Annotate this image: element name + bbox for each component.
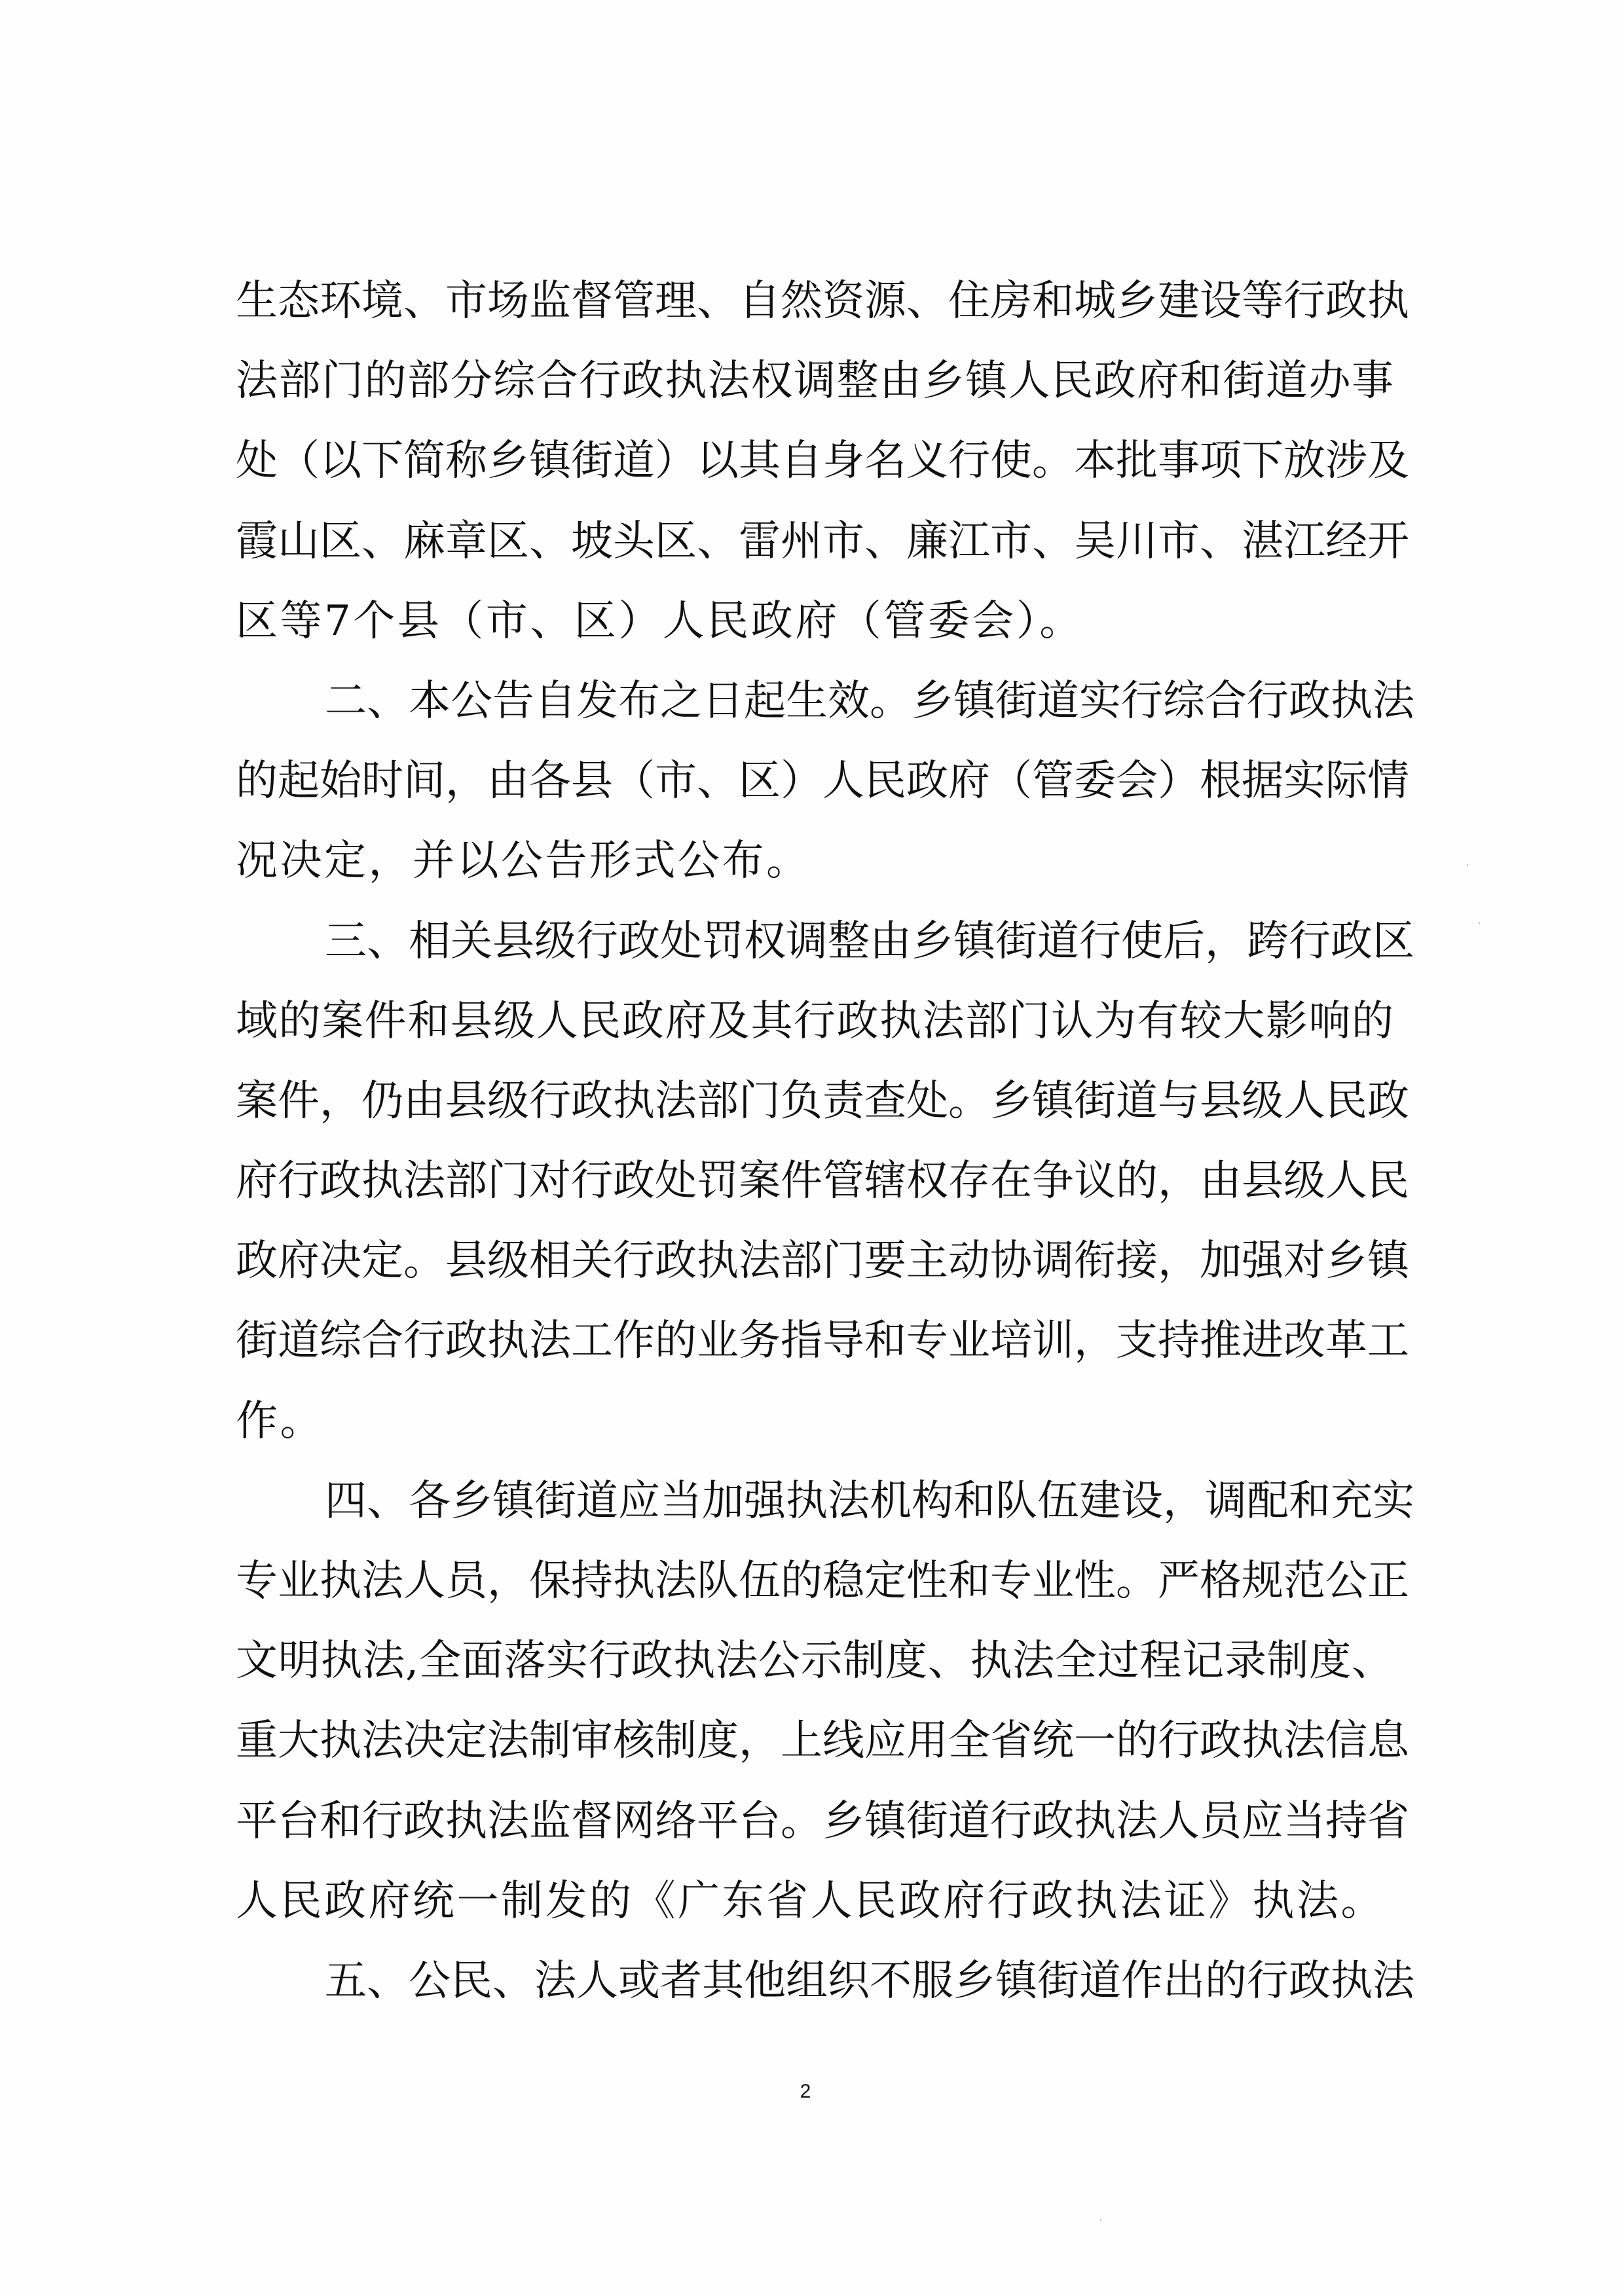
- text-line: 二、本公告自发布之日起生效。乡镇街道实行综合行政执法: [236, 670, 1393, 750]
- text-line: 处（以下简称乡镇街道）以其自身名义行使。本批事项下放涉及: [236, 429, 1393, 509]
- text-line: 重大执法决定法制审核制度，上线应用全省统一的行政执法信息: [236, 1709, 1393, 1789]
- text-line: 五、公民、法人或者其他组织不服乡镇街道作出的行政执法: [236, 1950, 1393, 2030]
- page-number: 2: [792, 2081, 819, 2103]
- text-line: 的起始时间，由各县（市、区）人民政府（管委会）根据实际情: [236, 750, 1393, 829]
- paragraph-item-2: 二、本公告自发布之日起生效。乡镇街道实行综合行政执法 的起始时间，由各县（市、区…: [236, 670, 1393, 910]
- paragraph-item-4: 四、各乡镇街道应当加强执法机构和队伍建设，调配和充实 专业执法人员，保持执法队伍…: [236, 1470, 1393, 1950]
- text-line: 生态环境、市场监督管理、自然资源、住房和城乡建设等行政执: [236, 270, 1393, 350]
- text-line: 区等7个县（市、区）人民政府（管委会）。: [236, 590, 1393, 670]
- text-line: 四、各乡镇街道应当加强执法机构和队伍建设，调配和充实: [236, 1470, 1393, 1550]
- text-line: 文明执法,全面落实行政执法公示制度、执法全过程记录制度、: [236, 1630, 1393, 1709]
- text-line: 平台和行政执法监督网络平台。乡镇街道行政执法人员应当持省: [236, 1790, 1393, 1870]
- text-line: 街道综合行政执法工作的业务指导和专业培训，支持推进改革工: [236, 1309, 1393, 1389]
- text-line: 政府决定。县级相关行政执法部门要主动协调衔接，加强对乡镇: [236, 1230, 1393, 1309]
- document-body: 生态环境、市场监督管理、自然资源、住房和城乡建设等行政执 法部门的部分综合行政执…: [236, 270, 1393, 2030]
- text-line: 作。: [236, 1390, 1393, 1470]
- text-line: 霞山区、麻章区、坡头区、雷州市、廉江市、吴川市、湛江经开: [236, 510, 1393, 590]
- text-line: 人民政府统一制发的《广东省人民政府行政执法证》执法。: [236, 1870, 1393, 1950]
- scan-speck: [1467, 864, 1468, 866]
- text-line: 案件，仍由县级行政执法部门负责查处。乡镇街道与县级人民政: [236, 1070, 1393, 1150]
- text-line: 府行政执法部门对行政处罚案件管辖权存在争议的，由县级人民: [236, 1150, 1393, 1230]
- text-line: 专业执法人员，保持执法队伍的稳定性和专业性。严格规范公正: [236, 1550, 1393, 1630]
- text-line: 三、相关县级行政处罚权调整由乡镇街道行使后，跨行政区: [236, 910, 1393, 990]
- paragraph-continued: 生态环境、市场监督管理、自然资源、住房和城乡建设等行政执 法部门的部分综合行政执…: [236, 270, 1393, 670]
- text-line: 域的案件和县级人民政府及其行政执法部门认为有较大影响的: [236, 990, 1393, 1070]
- text-line: 法部门的部分综合行政执法权调整由乡镇人民政府和街道办事: [236, 350, 1393, 429]
- paragraph-item-3: 三、相关县级行政处罚权调整由乡镇街道行使后，跨行政区 域的案件和县级人民政府及其…: [236, 910, 1393, 1470]
- document-page: 生态环境、市场监督管理、自然资源、住房和城乡建设等行政执 法部门的部分综合行政执…: [0, 0, 1624, 2296]
- scan-speck: [1100, 2219, 1101, 2221]
- text-line: 况决定，并以公告形式公布。: [236, 829, 1393, 909]
- paragraph-item-5: 五、公民、法人或者其他组织不服乡镇街道作出的行政执法: [236, 1950, 1393, 2030]
- scan-speck: [1479, 922, 1480, 924]
